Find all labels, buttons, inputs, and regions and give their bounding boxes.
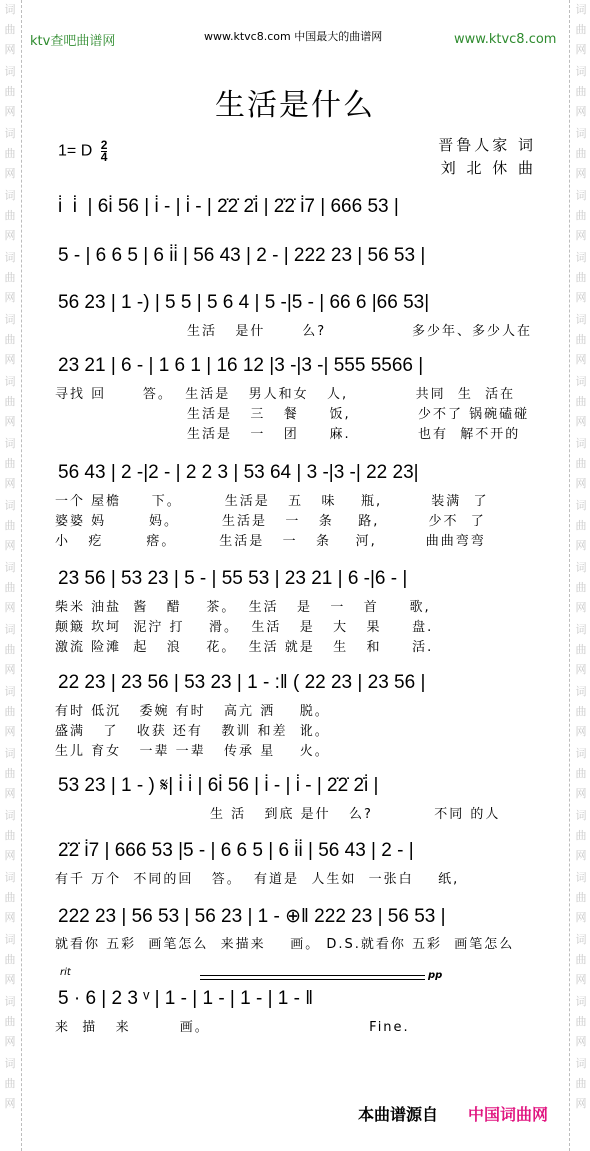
notation-line: 56 23 | 1 -) | 5 5 | 5 6 4 | 5 -|5 - | 6…	[58, 292, 429, 314]
watermark-group: 词曲网	[2, 372, 18, 434]
key-signature: 1= D 2 4	[58, 140, 107, 163]
notation-line: 22 23 | 23 56 | 53 23 | 1 - :‖ ( 22 23 |…	[58, 672, 425, 694]
score-row: 222 23 | 56 53 | 56 23 | 1 - ⊕‖ 222 23 |…	[0, 905, 590, 929]
notation-line: 53 23 | 1 - ) 𝄋| i̇ i̇ | 6i̇ 56 | i̇ - |…	[58, 775, 378, 797]
site-tagline-center: www.ktvc8.com 中国最大的曲谱网	[204, 28, 382, 44]
source-label: 本曲谱源自	[358, 1102, 438, 1125]
decrescendo-line	[200, 975, 425, 980]
site-name-left[interactable]: ktv查吧曲谱网	[30, 30, 115, 49]
right-watermark-column: 词曲网词曲网词曲网词曲网词曲网词曲网词曲网词曲网词曲网词曲网词曲网词曲网词曲网词…	[573, 0, 589, 1116]
site-url-right[interactable]: www.ktvc8.com	[454, 32, 556, 47]
score-row: 5 - | 6 6 5 | 6 i̇i̇ | 56 43 | 2 - | 222…	[0, 245, 590, 269]
left-watermark-column: 词曲网词曲网词曲网词曲网词曲网词曲网词曲网词曲网词曲网词曲网词曲网词曲网词曲网词…	[2, 0, 18, 1116]
score-row: 23 56 | 53 23 | 5 - | 55 53 | 23 21 | 6 …	[0, 568, 590, 592]
score-row: 22 23 | 23 56 | 53 23 | 1 - :‖ ( 22 23 |…	[0, 672, 590, 696]
pp-marking: pp	[428, 970, 442, 981]
notation-line: 23 21 | 6 - | 1 6 1 | 16 12 |3 -|3 -| 55…	[58, 355, 423, 377]
lyric-line: 柴米 油盐 酱 醋 茶。 生活 是 一 首 歌,	[55, 596, 431, 615]
notation-line: 222 23 | 56 53 | 56 23 | 1 - ⊕‖ 222 23 |…	[58, 905, 446, 928]
watermark-group: 词曲网	[2, 1054, 18, 1116]
lyric-line: 生活是 三 餐 饭, 少不了 锅碗磕碰	[187, 403, 529, 422]
score-row: i̇ i̇ | 6i̇ 56 | i̇ - | i̇ - | 2̇2̇ 2̇i̇…	[0, 196, 590, 220]
notation-line: 23 56 | 53 23 | 5 - | 55 53 | 23 21 | 6 …	[58, 568, 407, 590]
lyric-line: 激流 险滩 起 浪 花。 生活 就是 生 和 活.	[55, 636, 433, 655]
watermark-group: 词曲网	[573, 124, 589, 186]
composer: 刘 北 休 曲	[438, 157, 536, 180]
watermark-group: 词曲网	[2, 124, 18, 186]
lyric-line: 一个 屋檐 下。 生活是 五 味 瓶, 装满 了	[55, 490, 489, 509]
lyric-line: 盛满 了 收获 还有 教训 和差 讹。	[55, 720, 330, 739]
lyric-line: 婆婆 妈 妈。 生活是 一 条 路, 少不 了	[55, 510, 486, 529]
watermark-group: 词曲网	[573, 372, 589, 434]
score-row: 23 21 | 6 - | 1 6 1 | 16 12 |3 -|3 -| 55…	[0, 355, 590, 379]
lyric-line: 有千 万个 不同的回 答。 有道是 人生如 一张白 纸,	[55, 868, 459, 887]
watermark-group: 词曲网	[573, 1054, 589, 1116]
watermark-group: 词曲网	[2, 930, 18, 992]
score-row: 56 23 | 1 -) | 5 5 | 5 6 4 | 5 -|5 - | 6…	[0, 292, 590, 316]
lyricist: 晋鲁人家 词	[438, 134, 536, 157]
lyric-line: 生活 是什 么? 多少年、多少人在	[187, 320, 532, 339]
score-row: 2̇2̇ i̇7 | 666 53 |5 - | 6 6 5 | 6 i̇i̇ …	[0, 840, 590, 864]
notation-line: 2̇2̇ i̇7 | 666 53 |5 - | 6 6 5 | 6 i̇i̇ …	[58, 840, 414, 862]
song-title: 生活是什么	[0, 80, 590, 124]
notation-line: 5 - | 6 6 5 | 6 i̇i̇ | 56 43 | 2 - | 222…	[58, 245, 425, 267]
watermark-group: 词曲网	[573, 496, 589, 558]
notation-line: 5 · 6 | 2 3 ᵛ | 1 - | 1 - | 1 - | 1 - ‖	[58, 988, 313, 1010]
score-row: 53 23 | 1 - ) 𝄋| i̇ i̇ | 6i̇ 56 | i̇ - |…	[0, 775, 590, 799]
score-row: 5 · 6 | 2 3 ᵛ | 1 - | 1 - | 1 - | 1 - ‖来…	[0, 988, 590, 1012]
time-signature: 2 4	[101, 140, 108, 163]
watermark-group: 词曲网	[2, 496, 18, 558]
source-link[interactable]: 中国词曲网	[468, 1102, 548, 1125]
notation-line: i̇ i̇ | 6i̇ 56 | i̇ - | i̇ - | 2̇2̇ 2̇i̇…	[58, 196, 399, 218]
lyric-line: 就看你 五彩 画笔怎么 来描来 画。 D.S.就看你 五彩 画笔怎么	[55, 933, 514, 952]
lyric-line: 小 疙 瘩。 生活是 一 条 河, 曲曲弯弯	[55, 530, 486, 549]
lyric-line: 生 活 到底 是什 么? 不同 的人	[210, 803, 500, 822]
watermark-group: 词曲网	[573, 930, 589, 992]
watermark-group: 词曲网	[573, 0, 589, 62]
score-row: 56 43 | 2 -|2 - | 2 2 3 | 53 64 | 3 -|3 …	[0, 462, 590, 486]
time-sig-bottom: 4	[101, 151, 108, 163]
key-label: 1= D	[58, 143, 92, 160]
watermark-group: 词曲网	[2, 0, 18, 62]
lyric-line: 来 描 来 画。 Fine.	[55, 1016, 410, 1035]
rit-marking: rit	[60, 967, 71, 978]
lyric-line: 有时 低沉 委婉 有时 高亢 洒 脱。	[55, 700, 330, 719]
lyric-line: 生活是 一 团 麻. 也有 解不开的	[187, 423, 520, 442]
lyric-line: 生儿 育女 一辈 一辈 传承 星 火。	[55, 740, 330, 759]
lyric-line: 颠簸 坎坷 泥泞 打 滑。 生活 是 大 果 盘.	[55, 616, 433, 635]
notation-line: 56 43 | 2 -|2 - | 2 2 3 | 53 64 | 3 -|3 …	[58, 462, 419, 484]
lyric-line: 寻找 回 答。 生活是 男人和女 人, 共同 生 活在	[55, 383, 515, 402]
credits: 晋鲁人家 词 刘 北 休 曲	[438, 134, 536, 180]
